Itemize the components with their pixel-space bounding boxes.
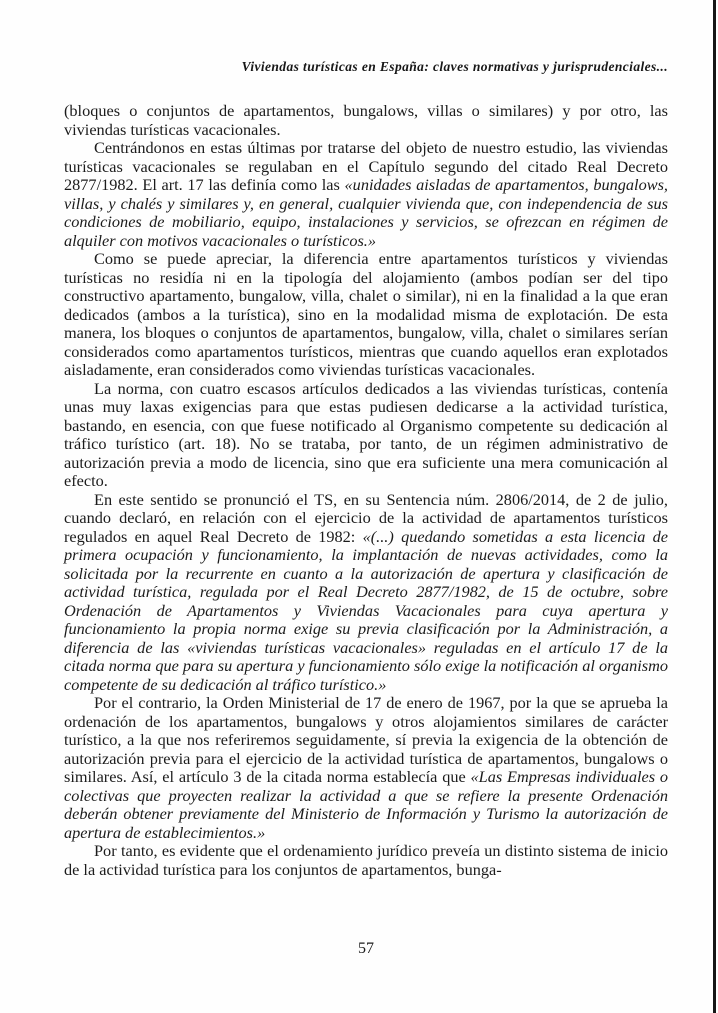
text-run: (bloques o conjuntos de apartamentos, bu… — [64, 101, 668, 139]
text-run: La norma, con cuatro escasos artículos d… — [64, 379, 668, 491]
page-number: 57 — [64, 940, 668, 958]
text-run: Como se puede apreciar, la diferencia en… — [64, 249, 668, 379]
paragraph: (bloques o conjuntos de apartamentos, bu… — [64, 102, 668, 139]
running-header: Viviendas turísticas en España: claves n… — [64, 59, 668, 75]
quoted-text-run: «(...) quedando sometidas a esta licenci… — [64, 527, 668, 694]
scan-border-line — [713, 0, 716, 1013]
text-run: Por tanto, es evidente que el ordenamien… — [64, 841, 668, 879]
paragraph: Por el contrario, la Orden Ministerial d… — [64, 694, 668, 842]
paragraph: En este sentido se pronunció el TS, en s… — [64, 491, 668, 695]
paragraph: Como se puede apreciar, la diferencia en… — [64, 250, 668, 380]
document-page: Viviendas turísticas en España: claves n… — [0, 0, 718, 1013]
paragraph: Por tanto, es evidente que el ordenamien… — [64, 842, 668, 879]
paragraph: Centrándonos en estas últimas por tratar… — [64, 139, 668, 250]
page-body: (bloques o conjuntos de apartamentos, bu… — [64, 102, 668, 879]
paragraph: La norma, con cuatro escasos artículos d… — [64, 380, 668, 491]
